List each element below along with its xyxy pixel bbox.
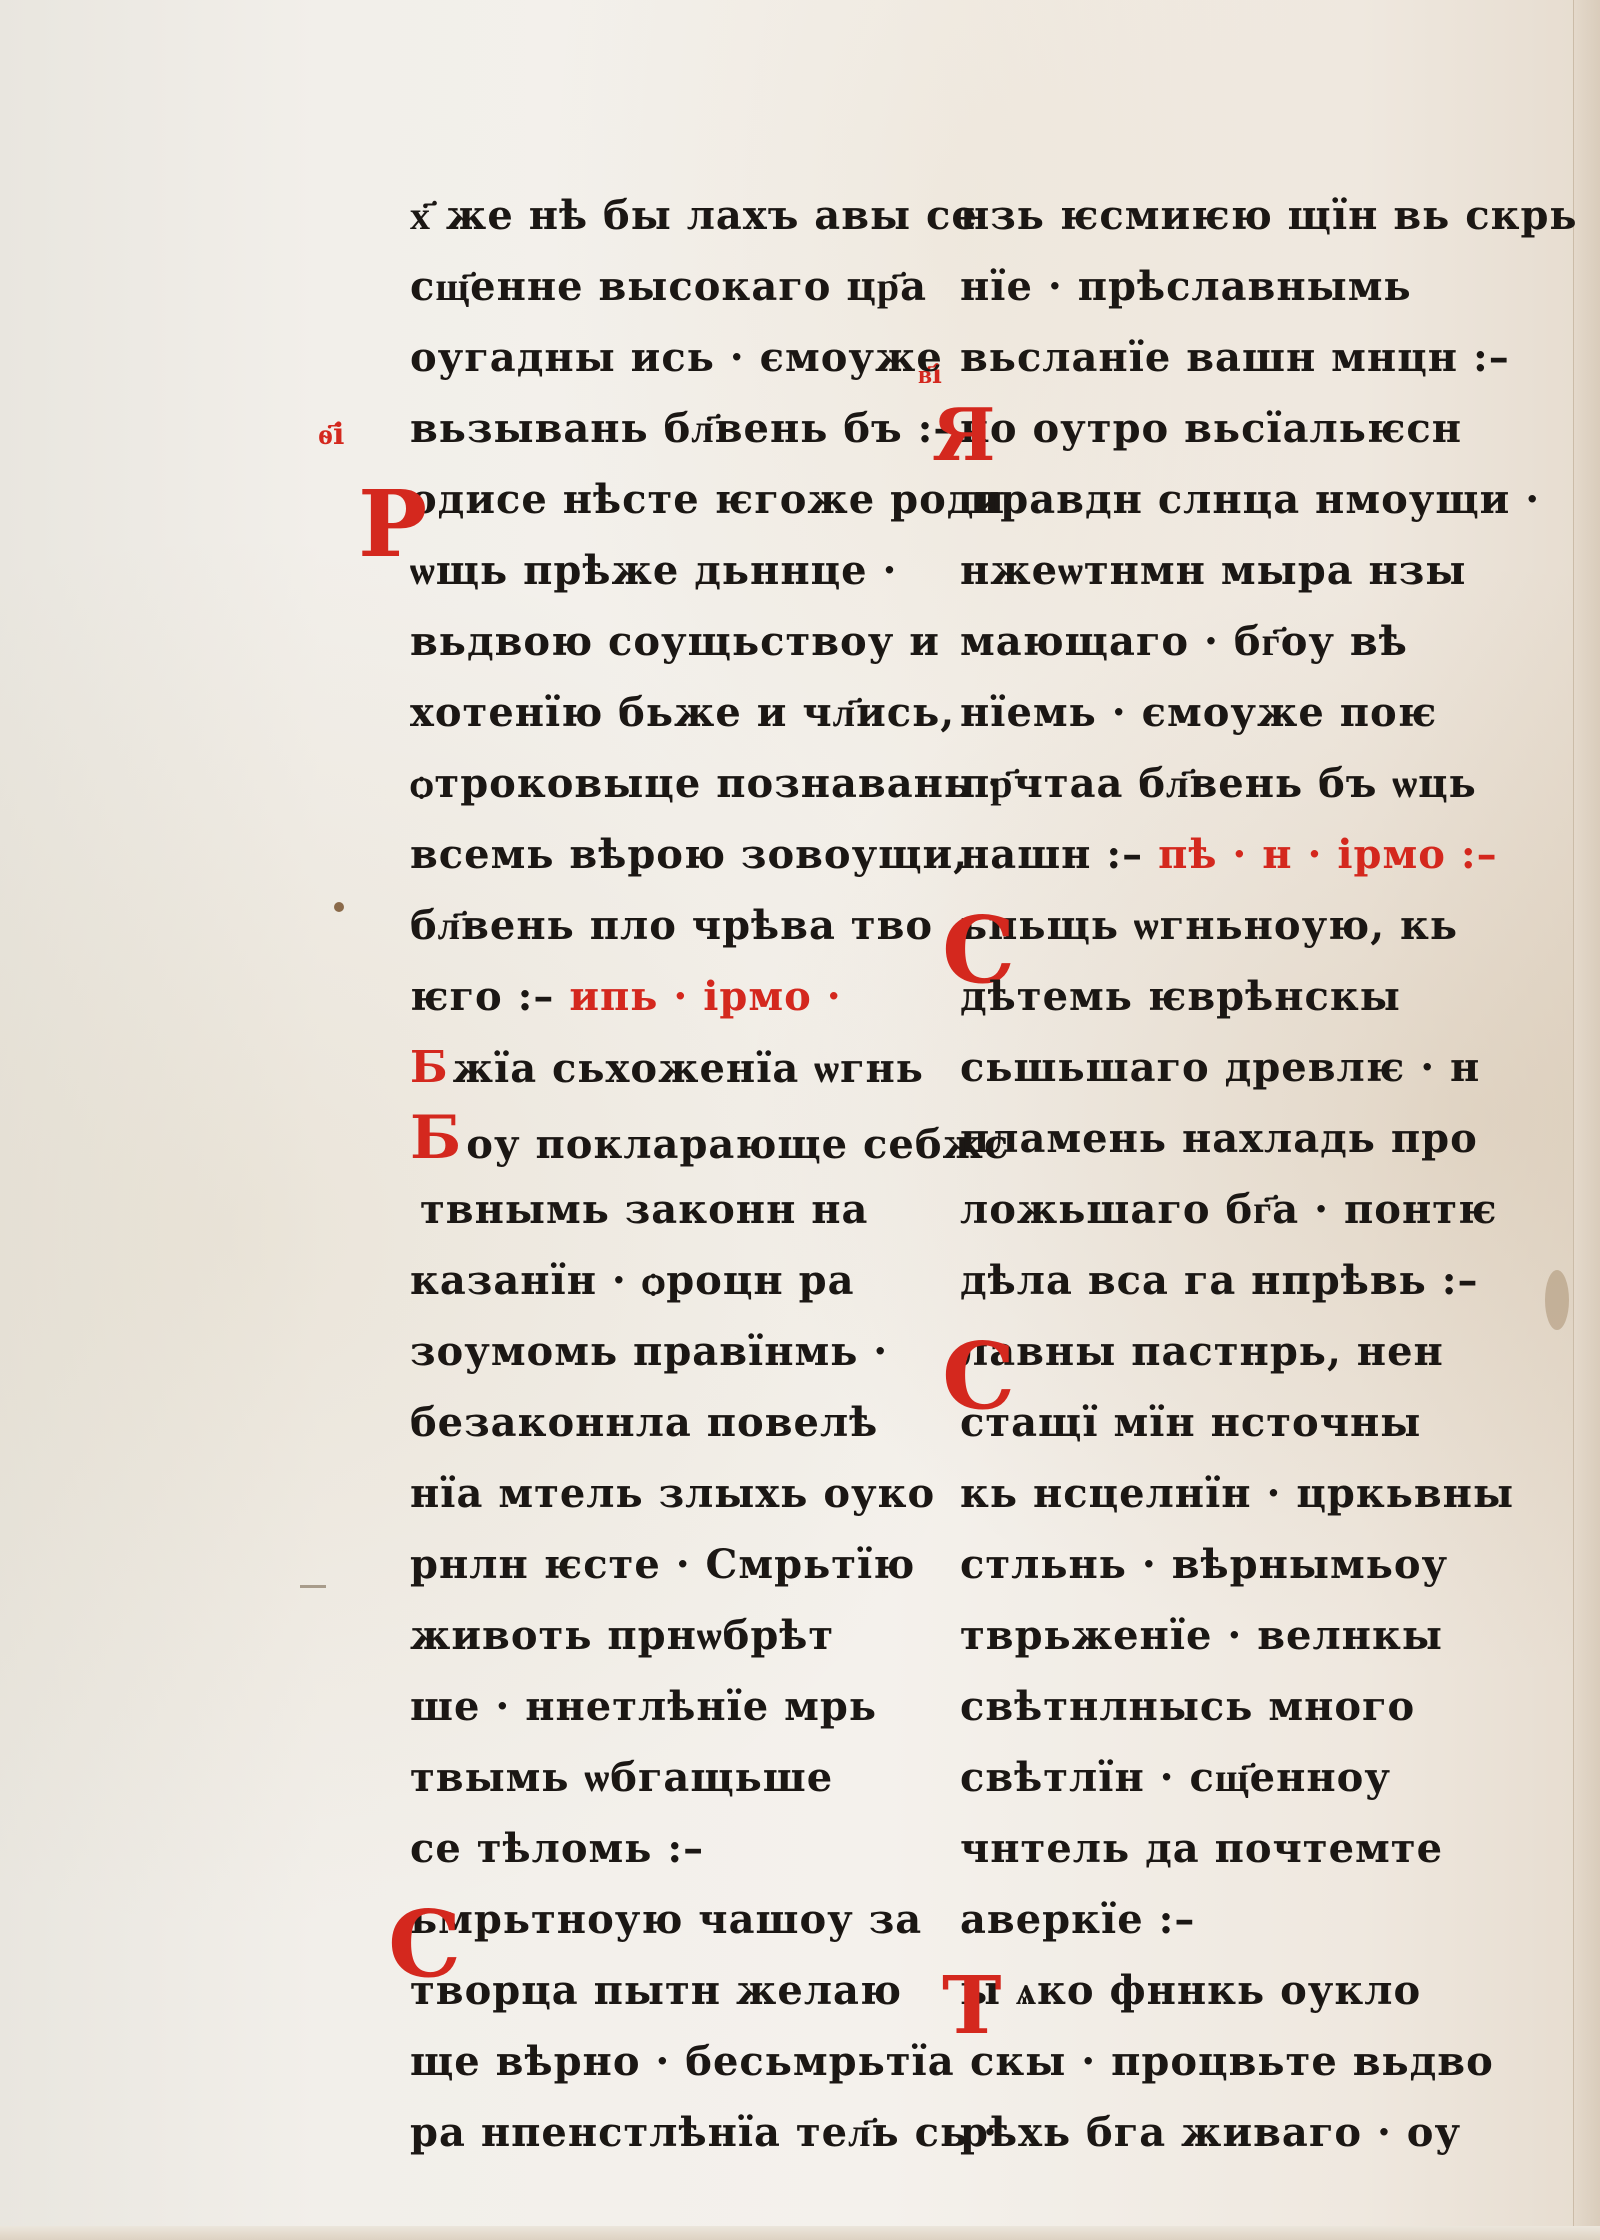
text-line: нашн :– пѣ · н · ірмо :– <box>960 819 1460 890</box>
text-line: нїа мтель злыхь оуко <box>410 1458 930 1529</box>
text-line: оугадны ись · ємоуже <box>410 322 930 393</box>
text-line: нїе · прѣславнымь <box>960 251 1460 322</box>
text-line: дѣтемь ѥврѣнскы <box>960 961 1460 1032</box>
text-line: твымь ѡбгащьше <box>410 1742 930 1813</box>
text-line: всемь вѣрою зовоущи, <box>410 819 930 890</box>
text-line: правдн слнца нмоущи · <box>960 464 1460 535</box>
rubric: ипь · ірмо · <box>569 973 841 1020</box>
text-line: ѥго :– ипь · ірмо · <box>410 961 930 1032</box>
text-line: кь нсцелнїн · цркьвны <box>960 1458 1460 1529</box>
manuscript-page: ѳ҃і в҃і х҃ же нѣ бы лахъ авы се сщ҃енне … <box>0 0 1600 2240</box>
text-line: нжеѡтнмн мыра нзы <box>960 535 1460 606</box>
text-line: вьсланїе вашн мнцн :– <box>960 322 1460 393</box>
text-line: С ьпьщь ѡгньноую, кь <box>960 890 1460 961</box>
text-line: животь прнѡбрѣт <box>410 1600 930 1671</box>
text-line: вьзывань бл҃вень бъ :– <box>410 393 930 464</box>
text-line: дѣла вса га нпрѣвь :– <box>960 1245 1460 1316</box>
margin-note-left: ѳ҃і <box>318 420 344 450</box>
text-line: чнтель да почтемте <box>960 1813 1460 1884</box>
text-line: вьдвою соущьствоу и <box>410 606 930 677</box>
text-line: рнлн ѥсте · Смрьтїю <box>410 1529 930 1600</box>
text-line: мающаго · бг҃оу вѣ <box>960 606 1460 677</box>
text-line: творца пытн желаю <box>410 1955 930 2026</box>
text-line: пламень нахладь про <box>960 1103 1460 1174</box>
text-line: пр҃чтаа бл҃вень бъ ѡць <box>960 748 1460 819</box>
text-line: стащї мїн нсточны <box>960 1387 1460 1458</box>
text-line: ѡщь прѣже дьннце · <box>410 535 930 606</box>
text-line: Я ко оутро вьсїальѥсн <box>960 393 1460 464</box>
text-line: ра нпенстлѣнїа тел҃ь сь · <box>410 2097 930 2168</box>
text-line: Бжїа сьхоженїа ѡгнь <box>410 1032 930 1103</box>
text-line: бл҃вень пло чрѣва тво <box>410 890 930 961</box>
text-line: твнымь законн на <box>410 1174 930 1245</box>
text-line: тврьженїе · велнкы <box>960 1600 1460 1671</box>
text-line: хотенїю бьже и чл҃ись, <box>410 677 930 748</box>
text-line: ложьшаго бг҃а · понтѥ <box>960 1174 1460 1245</box>
text-line: Боу покларающе себжс <box>410 1103 930 1174</box>
stain <box>1545 1270 1569 1330</box>
margin-dash <box>300 1585 326 1588</box>
text-line: аверкїе :– <box>960 1884 1460 1955</box>
text-line: ѻтроковыце познавань · <box>410 748 930 819</box>
text-line: сщ҃енне высокаго цр҃а <box>410 251 930 322</box>
text-line: ще вѣрно · бесьмрьтїа <box>410 2026 930 2097</box>
rubric: пѣ · н · ірмо :– <box>1158 831 1498 878</box>
text-line: казанїн · ѻроцн ра <box>410 1245 930 1316</box>
text-line: Р одисе нѣсте ѥгоже роди <box>410 464 930 535</box>
text-line: скы · процвьте вьдво <box>960 2026 1460 2097</box>
red-initial: Б <box>410 1032 449 1103</box>
page-edge-bottom <box>0 2226 1600 2240</box>
left-column: х҃ же нѣ бы лахъ авы се сщ҃енне высокаго… <box>410 180 930 2168</box>
text-line: Т ы ѧко фннкь оукло <box>960 1955 1460 2026</box>
text-line: С ьмрьтноую чашоу за <box>410 1884 930 1955</box>
red-initial: Б <box>410 1103 462 1174</box>
text-line: стльнь · вѣрнымьоу <box>960 1529 1460 1600</box>
right-column: нзь ѥсмиѥю щїн вь скрь нїе · прѣславнымь… <box>960 180 1460 2168</box>
text-line: х҃ же нѣ бы лахъ авы се <box>410 180 930 251</box>
page-edge-right <box>1573 0 1600 2240</box>
text-line: ше · ннетлѣнїе мрь <box>410 1671 930 1742</box>
text-line: нзь ѥсмиѥю щїн вь скрь <box>960 180 1460 251</box>
text-line: свѣтнлнысь много <box>960 1671 1460 1742</box>
text-line: се тѣломь :– <box>410 1813 930 1884</box>
text-line: зоумомь правїнмь · <box>410 1316 930 1387</box>
text-line: рѣхь бга живаго · оу <box>960 2097 1460 2168</box>
text-line: нїемь · ємоуже поѥ <box>960 677 1460 748</box>
text-line: безаконнла повелѣ <box>410 1387 930 1458</box>
text-line: С лавны пастнрь, нен <box>960 1316 1460 1387</box>
text-line: сьшьшаго древлѥ · н <box>960 1032 1460 1103</box>
stain <box>334 902 344 912</box>
text-line: свѣтлїн · сщ҃енноу <box>960 1742 1460 1813</box>
